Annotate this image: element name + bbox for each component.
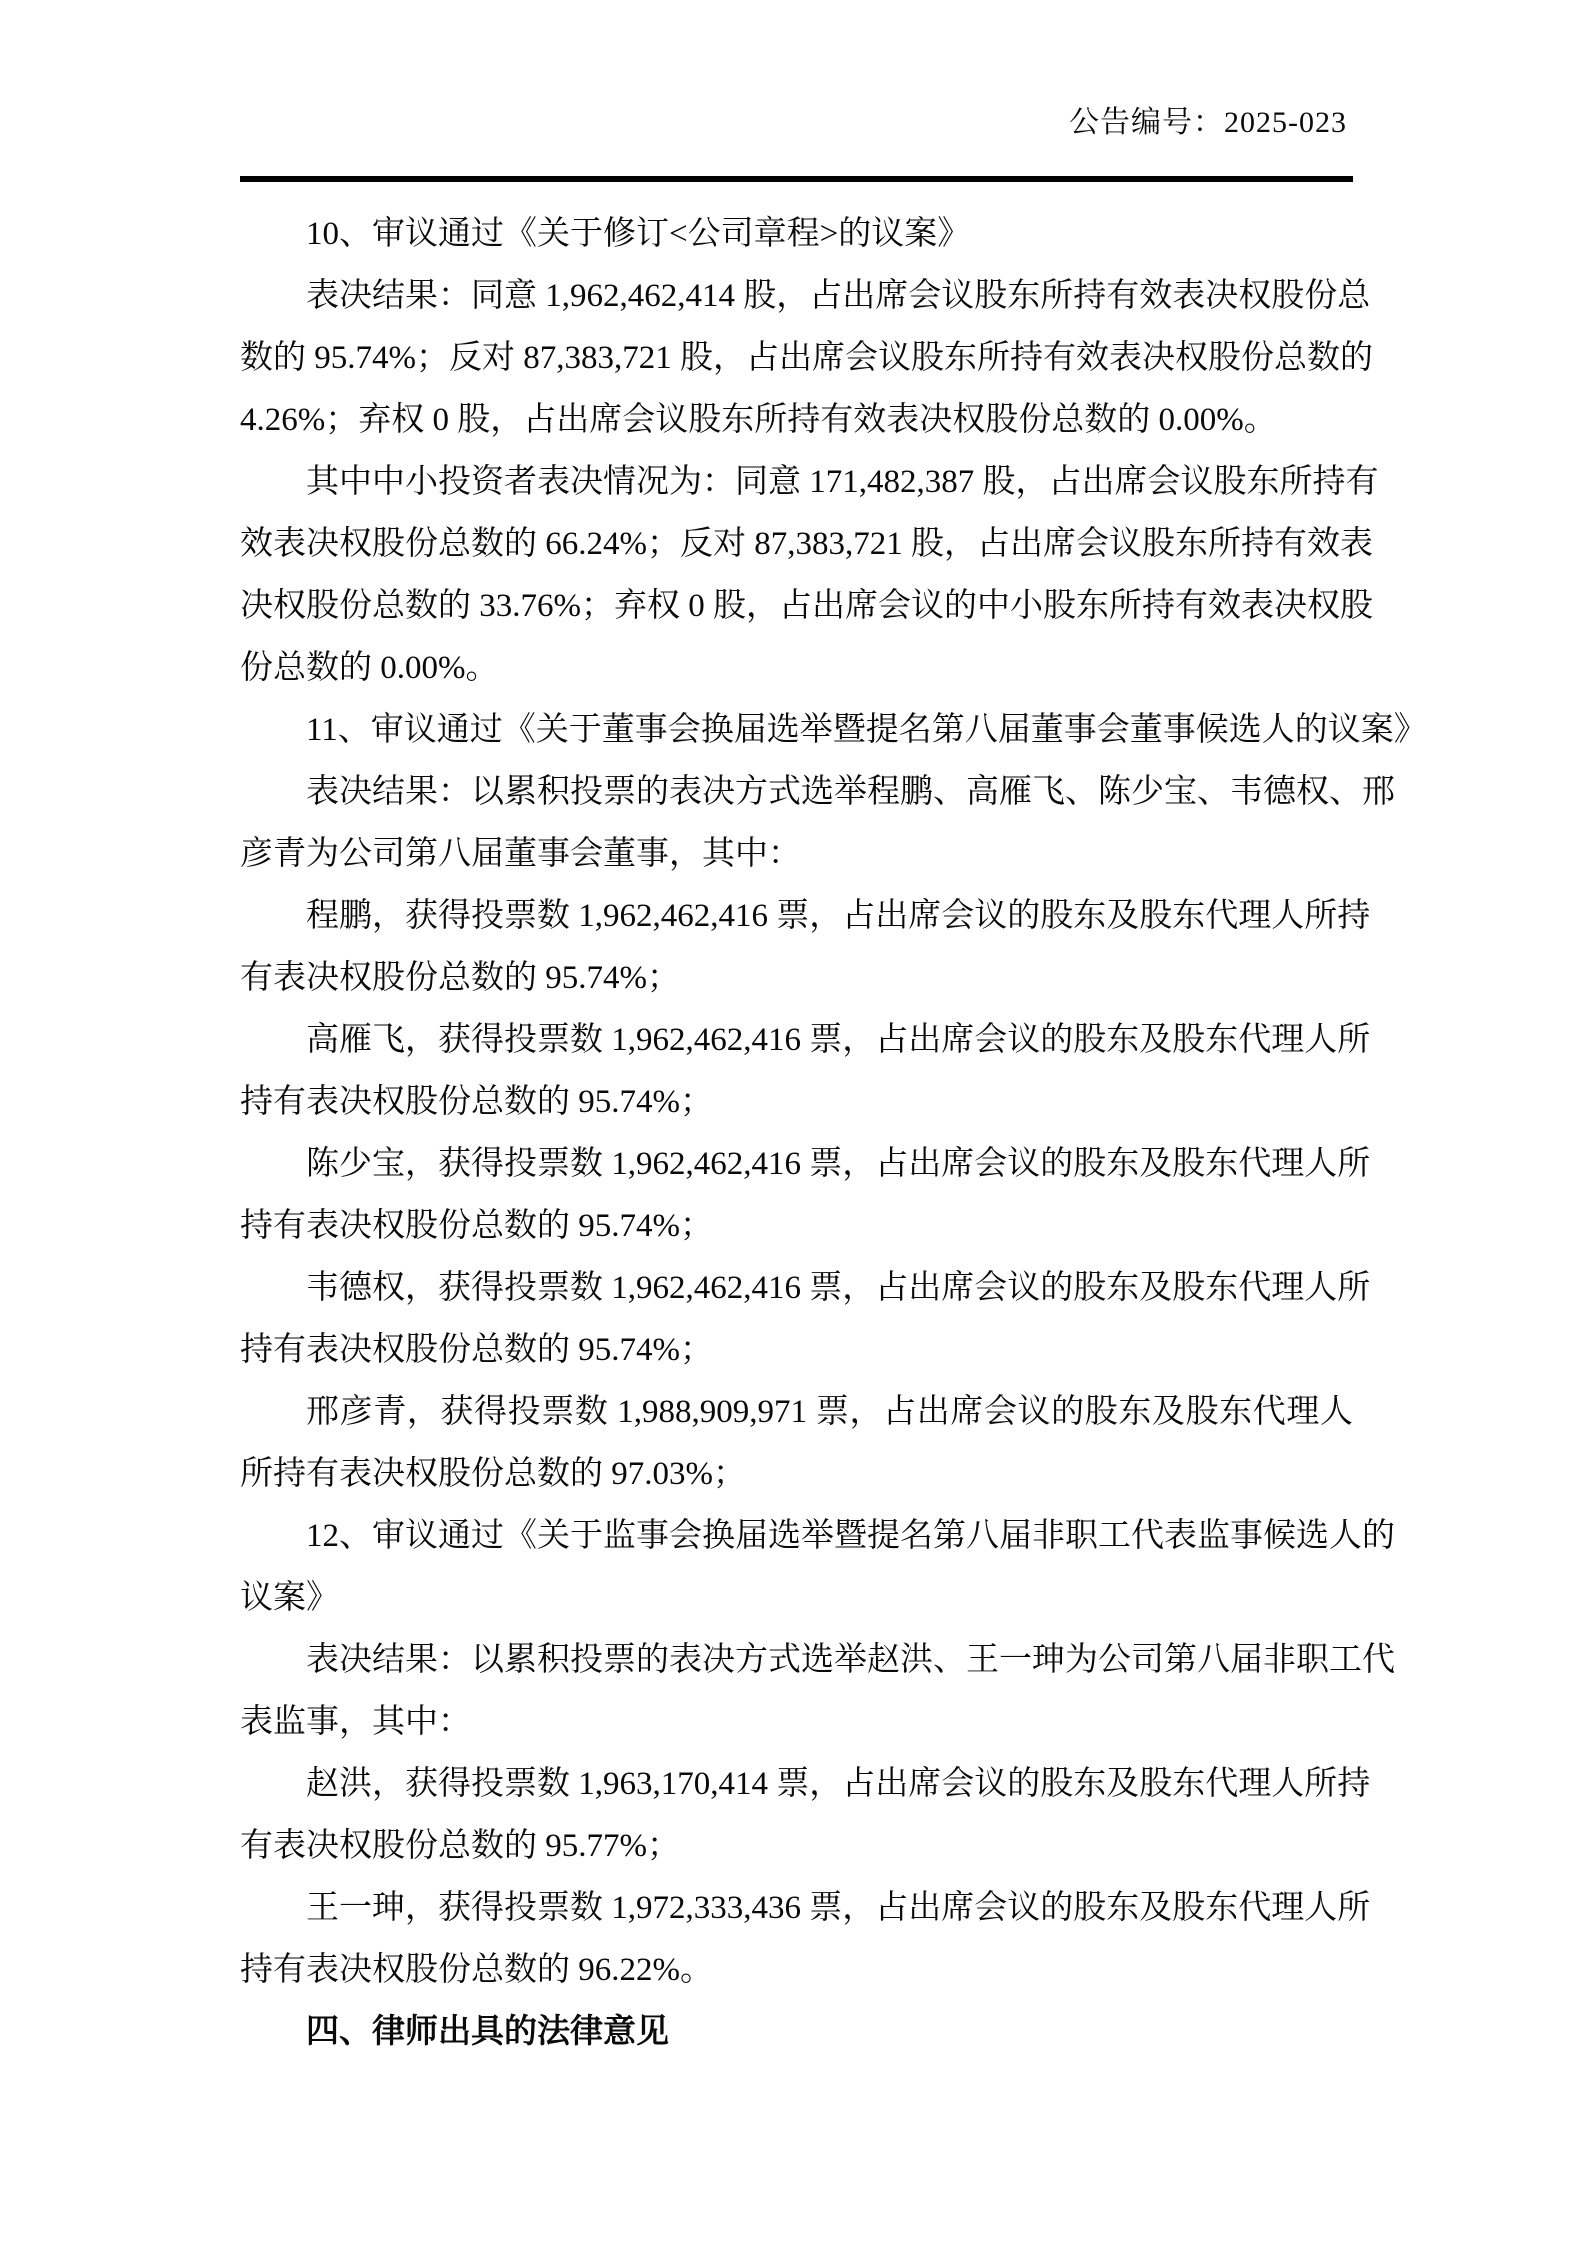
document-line: 12、审议通过《关于监事会换届选举暨提名第八届非职工代表监事候选人的 [240,1505,1353,1567]
document-line: 韦德权，获得投票数 1,962,462,416 票，占出席会议的股东及股东代理人… [240,1257,1353,1319]
announcement-number: 公告编号：2025-023 [1069,104,1347,142]
document-line: 所持有表决权股份总数的 97.03%； [240,1443,1353,1505]
document-line: 议案》 [240,1567,1353,1629]
document-line: 10、审议通过《关于修订<公司章程>的议案》 [240,203,1353,265]
document-line: 表监事，其中： [240,1691,1353,1753]
document-line: 表决结果：以累积投票的表决方式选举赵洪、王一珅为公司第八届非职工代 [240,1629,1353,1691]
document-body: 10、审议通过《关于修订<公司章程>的议案》表决结果：同意 1,962,462,… [240,203,1353,2063]
document-line: 高雁飞，获得投票数 1,962,462,416 票，占出席会议的股东及股东代理人… [240,1009,1353,1071]
document-line: 彦青为公司第八届董事会董事，其中： [240,823,1353,885]
document-line: 11、审议通过《关于董事会换届选举暨提名第八届董事会董事候选人的议案》 [240,699,1353,761]
document-line: 数的 95.74%；反对 87,383,721 股，占出席会议股东所持有效表决权… [240,327,1353,389]
document-line: 份总数的 0.00%。 [240,637,1353,699]
document-line: 程鹏，获得投票数 1,962,462,416 票，占出席会议的股东及股东代理人所… [240,885,1353,947]
document-line: 有表决权股份总数的 95.77%； [240,1815,1353,1877]
document-line: 持有表决权股份总数的 95.74%； [240,1319,1353,1381]
document-line: 表决结果：以累积投票的表决方式选举程鹏、高雁飞、陈少宝、韦德权、邢 [240,761,1353,823]
document-line: 决权股份总数的 33.76%；弃权 0 股，占出席会议的中小股东所持有效表决权股 [240,575,1353,637]
header-divider [240,176,1353,182]
document-line: 其中中小投资者表决情况为：同意 171,482,387 股，占出席会议股东所持有 [240,451,1353,513]
document-line: 持有表决权股份总数的 95.74%； [240,1195,1353,1257]
document-line: 效表决权股份总数的 66.24%；反对 87,383,721 股，占出席会议股东… [240,513,1353,575]
document-line: 持有表决权股份总数的 96.22%。 [240,1939,1353,2001]
document-page: 公告编号：2025-023 10、审议通过《关于修订<公司章程>的议案》表决结果… [0,0,1587,2245]
document-line: 四、律师出具的法律意见 [240,2001,1353,2063]
document-line: 王一珅，获得投票数 1,972,333,436 票，占出席会议的股东及股东代理人… [240,1877,1353,1939]
document-line: 表决结果：同意 1,962,462,414 股，占出席会议股东所持有效表决权股份… [240,265,1353,327]
document-line: 赵洪，获得投票数 1,963,170,414 票，占出席会议的股东及股东代理人所… [240,1753,1353,1815]
document-line: 有表决权股份总数的 95.74%； [240,947,1353,1009]
document-line: 4.26%；弃权 0 股，占出席会议股东所持有效表决权股份总数的 0.00%。 [240,389,1353,451]
document-line: 邢彦青，获得投票数 1,988,909,971 票，占出席会议的股东及股东代理人 [240,1381,1353,1443]
document-line: 陈少宝，获得投票数 1,962,462,416 票，占出席会议的股东及股东代理人… [240,1133,1353,1195]
document-line: 持有表决权股份总数的 95.74%； [240,1071,1353,1133]
